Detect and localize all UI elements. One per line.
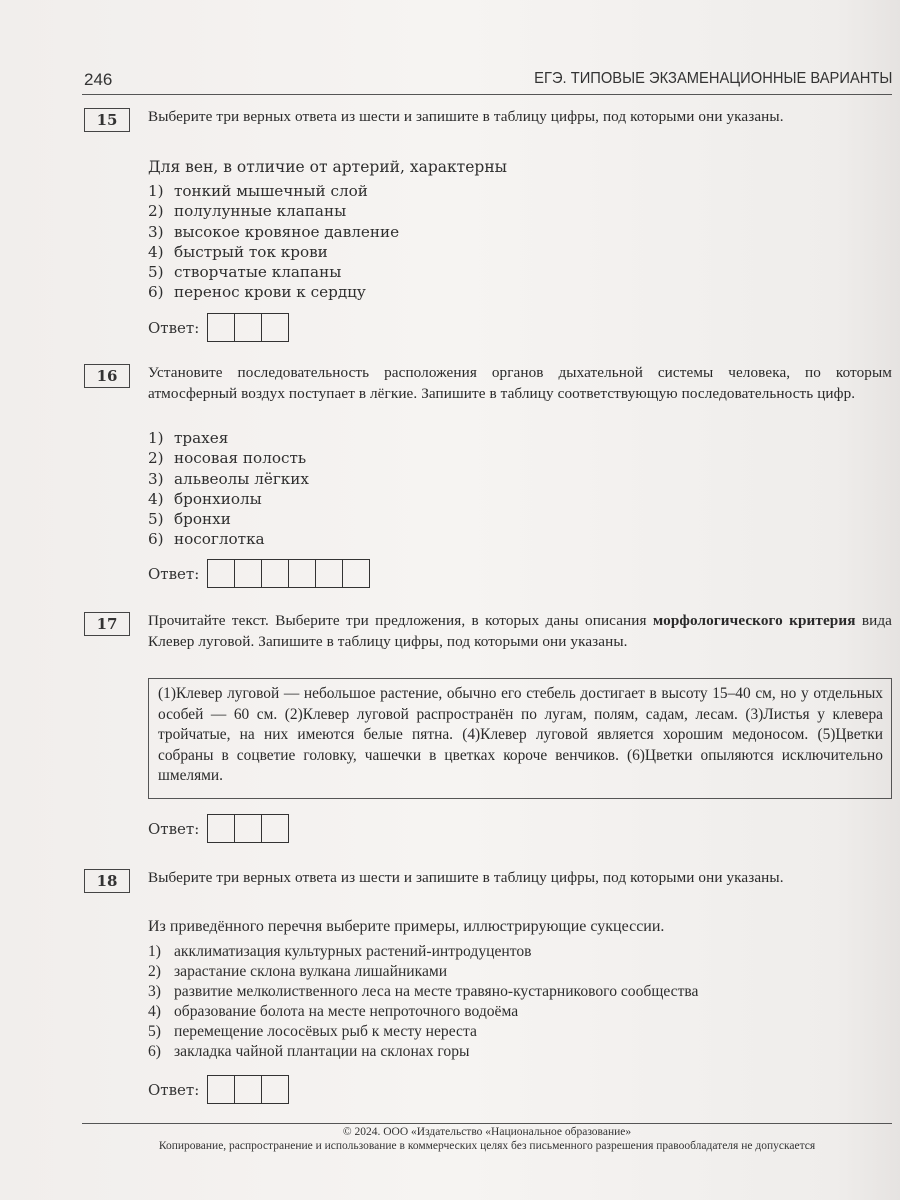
answer-cells — [207, 814, 289, 843]
answer-label: Ответ: — [148, 820, 199, 838]
header-divider — [82, 94, 892, 95]
question-17-instruction: Прочитайте текст. Выберите три предложен… — [148, 611, 892, 652]
option: 6)закладка чайной плантации на склонах г… — [148, 1042, 698, 1062]
answer-cell[interactable] — [235, 1076, 262, 1103]
answer-cell[interactable] — [289, 560, 316, 587]
answer-label: Ответ: — [148, 1081, 199, 1099]
emphasis: морфологического критерия — [653, 612, 856, 629]
footer-copyright: © 2024. ООО «Издательство «Национальное … — [82, 1126, 892, 1138]
answer-cell[interactable] — [208, 560, 235, 587]
answer-cells — [207, 559, 370, 588]
answer-cell[interactable] — [235, 314, 262, 341]
answer-cell[interactable] — [316, 560, 343, 587]
question-16-instruction: Установите последовательность расположен… — [148, 363, 892, 404]
question-18-answer: Ответ: — [148, 1075, 289, 1104]
option: 2)носовая полость — [148, 448, 309, 468]
option: 4)бронхиолы — [148, 489, 309, 509]
option: 5)перемещение лососёвых рыб к месту нере… — [148, 1022, 698, 1042]
exam-page: 246 ЕГЭ. ТИПОВЫЕ ЭКЗАМЕНАЦИОННЫЕ ВАРИАНТ… — [0, 0, 900, 1200]
option: 4)быстрый ток крови — [148, 242, 399, 262]
option: 3)высокое кровяное давление — [148, 222, 399, 242]
answer-cells — [207, 313, 289, 342]
option: 3)альвеолы лёгких — [148, 469, 309, 489]
option: 5)бронхи — [148, 509, 309, 529]
option: 4)образование болота на месте непроточно… — [148, 1002, 698, 1022]
question-18-intro: Из приведённого перечня выберите примеры… — [148, 918, 664, 936]
option: 2)полулунные клапаны — [148, 201, 399, 221]
answer-cell[interactable] — [235, 560, 262, 587]
question-number-17: 17 — [84, 612, 130, 636]
option: 3)развитие мелколиственного леса на мест… — [148, 982, 698, 1002]
answer-cell[interactable] — [262, 314, 288, 341]
answer-cell[interactable] — [262, 1076, 288, 1103]
question-15-instruction: Выберите три верных ответа из шести и за… — [148, 107, 892, 128]
answer-cell[interactable] — [235, 815, 262, 842]
option: 1)акклиматизация культурных растений-инт… — [148, 942, 698, 962]
option: 1)трахея — [148, 428, 309, 448]
option: 6)носоглотка — [148, 529, 309, 549]
question-18-instruction: Выберите три верных ответа из шести и за… — [148, 868, 892, 889]
answer-cells — [207, 1075, 289, 1104]
question-17-passage: (1)Клевер луговой — небольшое растение, … — [148, 678, 892, 799]
option: 1)тонкий мышечный слой — [148, 181, 399, 201]
question-number-15: 15 — [84, 108, 130, 132]
option: 2)зарастание склона вулкана лишайниками — [148, 962, 698, 982]
question-number-18: 18 — [84, 869, 130, 893]
answer-cell[interactable] — [262, 560, 289, 587]
question-15-options: 1)тонкий мышечный слой 2)полулунные клап… — [148, 181, 399, 303]
footer-divider — [82, 1123, 892, 1124]
answer-label: Ответ: — [148, 319, 199, 337]
answer-cell[interactable] — [262, 815, 288, 842]
running-header-title: ЕГЭ. ТИПОВЫЕ ЭКЗАМЕНАЦИОННЫЕ ВАРИАНТЫ — [534, 70, 892, 88]
question-number-16: 16 — [84, 364, 130, 388]
question-16-answer: Ответ: — [148, 559, 370, 588]
question-15-answer: Ответ: — [148, 313, 289, 342]
question-18-options: 1)акклиматизация культурных растений-инт… — [148, 942, 698, 1063]
page-number: 246 — [84, 70, 112, 90]
question-15-intro: Для вен, в отличие от артерий, характерн… — [148, 158, 507, 176]
answer-cell[interactable] — [208, 314, 235, 341]
answer-cell[interactable] — [208, 1076, 235, 1103]
option: 5)створчатые клапаны — [148, 262, 399, 282]
question-16-options: 1)трахея 2)носовая полость 3)альвеолы лё… — [148, 428, 309, 550]
option: 6)перенос крови к сердцу — [148, 282, 399, 302]
footer-notice: Копирование, распространение и использов… — [82, 1140, 892, 1152]
answer-cell[interactable] — [208, 815, 235, 842]
answer-cell[interactable] — [343, 560, 369, 587]
answer-label: Ответ: — [148, 565, 199, 583]
question-17-answer: Ответ: — [148, 814, 289, 843]
